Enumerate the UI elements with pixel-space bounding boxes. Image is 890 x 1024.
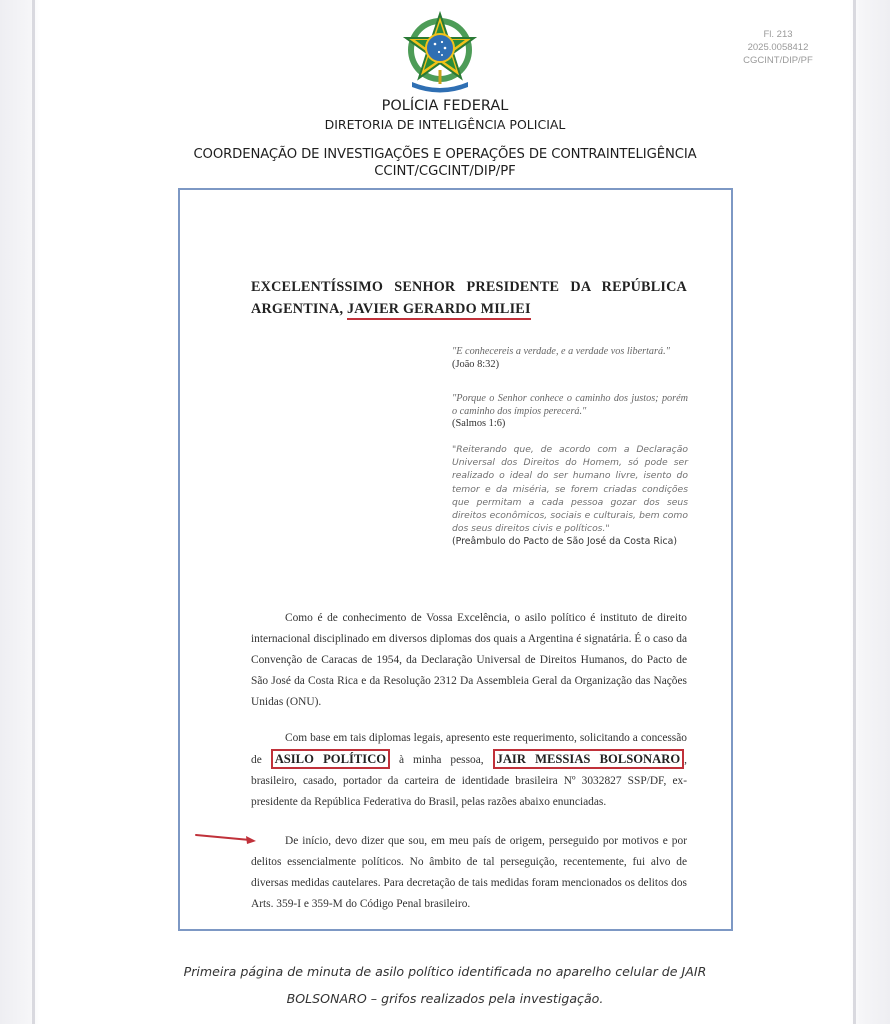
highlight-asilo-politico: ASILO POLÍTICO (271, 749, 390, 769)
caption-line-1: Primeira página de minuta de asilo polít… (0, 958, 890, 985)
paragraph-persecution-claim: De início, devo dizer que sou, em meu pa… (251, 831, 687, 915)
epigraph-1: "E conhecereis a verdade, e a verdade vo… (452, 346, 688, 371)
epigraph-2: "Porque o Senhor conhece o caminho dos j… (452, 393, 688, 431)
organization-name: POLÍCIA FEDERAL (0, 98, 890, 114)
brazil-coat-of-arms-icon (402, 8, 478, 94)
epigraph-reference: (Salmos 1:6) (452, 418, 688, 431)
caption-line-2: BOLSONARO – grifos realizados pela inves… (0, 985, 890, 1012)
unit-code: CCINT/CGCINT/DIP/PF (0, 164, 890, 179)
epigraph-quote: "Reiterando que, de acordo com a Declara… (452, 443, 688, 535)
salutation-line-2: ARGENTINA, JAVIER GERARDO MILIEI (251, 298, 687, 320)
paragraph-asylum-context: Como é de conhecimento de Vossa Excelênc… (251, 608, 687, 713)
epigraph-reference: (João 8:32) (452, 359, 688, 372)
addressee-name-underlined: JAVIER GERARDO MILIEI (347, 301, 531, 320)
epigraph-3: "Reiterando que, de acordo com a Declara… (452, 443, 688, 549)
paragraph-asylum-request: Com base em tais diplomas legais, aprese… (251, 728, 687, 813)
directorate-name: DIRETORIA DE INTELIGÊNCIA POLICIAL (0, 117, 890, 132)
salutation-country: ARGENTINA, (251, 301, 347, 317)
epigraph-quote: "E conhecereis a verdade, e a verdade vo… (452, 346, 688, 359)
stamp-unit: CGCINT/DIP/PF (720, 54, 836, 67)
highlight-requester-name: JAIR MESSIAS BOLSONARO (493, 749, 685, 769)
figure-caption: Primeira página de minuta de asilo polít… (0, 958, 890, 1012)
folio-number: Fl. 213 (720, 28, 836, 41)
epigraph-quote: "Porque o Senhor conhece o caminho dos j… (452, 393, 688, 418)
epigraph-reference: (Preâmbulo do Pacto de São José da Costa… (452, 535, 688, 548)
process-number: 2025.0058412 (720, 41, 836, 54)
p2-text-b: à minha pessoa, (390, 754, 492, 766)
folio-stamp: Fl. 213 2025.0058412 CGCINT/DIP/PF (720, 28, 836, 67)
salutation-line-1: EXCELENTÍSSIMO SENHOR PRESIDENTE DA REPÚ… (251, 279, 687, 295)
salutation: EXCELENTÍSSIMO SENHOR PRESIDENTE DA REPÚ… (251, 276, 687, 320)
coordination-name: COORDENAÇÃO DE INVESTIGAÇÕES E OPERAÇÕES… (0, 147, 890, 162)
